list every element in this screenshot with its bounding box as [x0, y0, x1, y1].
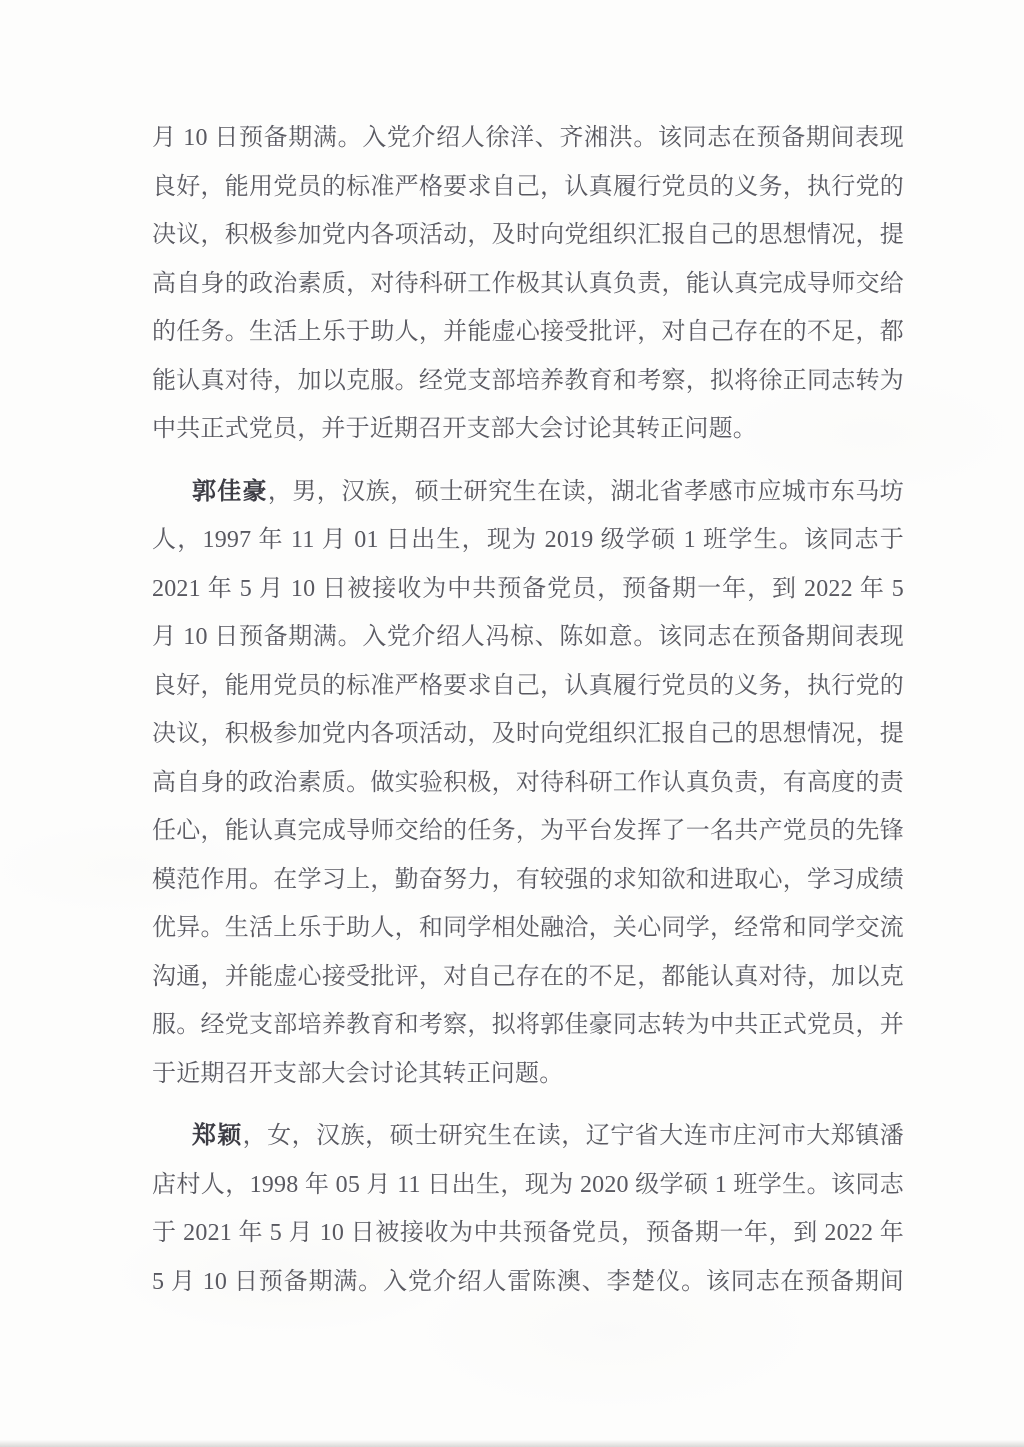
text-line: 决议，积极参加党内各项活动，及时向党组织汇报自己的思想情况，提	[152, 211, 904, 260]
text-line: 的任务。生活上乐于助人，并能虚心接受批评，对自己存在的不足，都	[152, 308, 904, 357]
member-name: 郑颖	[192, 1123, 243, 1149]
text-line: 任心，能认真完成导师交给的任务，为平台发挥了一名共产党员的先锋	[152, 807, 904, 856]
text-line: 月 10 日预备期满。入党介绍人徐洋、齐湘洪。该同志在预备期间表现	[152, 114, 904, 163]
text-line: 2021 年 5 月 10 日被接收为中共预备党员，预备期一年，到 2022 年…	[152, 565, 904, 614]
document-text-block: 月 10 日预备期满。入党介绍人徐洋、齐湘洪。该同志在预备期间表现 良好，能用党…	[152, 114, 904, 1306]
scan-edge-shadow	[0, 1440, 1024, 1447]
text-line: 月 10 日预备期满。入党介绍人冯椋、陈如意。该同志在预备期间表现	[152, 613, 904, 662]
text-line: 5 月 10 日预备期满。入党介绍人雷陈澳、李楚仪。该同志在预备期间	[152, 1258, 904, 1307]
text-line: 郭佳豪，男，汉族，硕士研究生在读，湖北省孝感市应城市东马坊	[152, 468, 904, 517]
text-line: 服。经党支部培养教育和考察，拟将郭佳豪同志转为中共正式党员，并	[152, 1001, 904, 1050]
text-line: 模范作用。在学习上，勤奋努力，有较强的求知欲和进取心，学习成绩	[152, 856, 904, 905]
text-line: 高自身的政治素质，对待科研工作极其认真负责，能认真完成导师交给	[152, 260, 904, 309]
text-line: 沟通，并能虚心接受批评，对自己存在的不足，都能认真对待，加以克	[152, 953, 904, 1002]
member-name: 郭佳豪	[192, 479, 268, 505]
text-line: 人，1997 年 11 月 01 日出生，现为 2019 级学硕 1 班学生。该…	[152, 516, 904, 565]
text-line: 中共正式党员，并于近期召开支部大会讨论其转正问题。	[152, 405, 904, 454]
text-line: 能认真对待，加以克服。经党支部培养教育和考察，拟将徐正同志转为	[152, 357, 904, 406]
text-line: 于近期召开支部大会讨论其转正问题。	[152, 1050, 904, 1099]
paragraph-guojiahao: 郭佳豪，男，汉族，硕士研究生在读，湖北省孝感市应城市东马坊 人，1997 年 1…	[152, 468, 904, 1099]
text-line: 优异。生活上乐于助人，和同学相处融洽，关心同学，经常和同学交流	[152, 904, 904, 953]
text-line: 于 2021 年 5 月 10 日被接收为中共预备党员，预备期一年，到 2022…	[152, 1209, 904, 1258]
text-line-rest: ，男，汉族，硕士研究生在读，湖北省孝感市应城市东马坊	[268, 479, 904, 505]
text-line-rest: ，女，汉族，硕士研究生在读，辽宁省大连市庄河市大郑镇潘	[243, 1123, 904, 1149]
document-page: 月 10 日预备期满。入党介绍人徐洋、齐湘洪。该同志在预备期间表现 良好，能用党…	[0, 0, 1024, 1447]
text-line: 决议，积极参加党内各项活动，及时向党组织汇报自己的思想情况，提	[152, 710, 904, 759]
text-line: 良好，能用党员的标准严格要求自己，认真履行党员的义务，执行党的	[152, 163, 904, 212]
text-line: 高自身的政治素质。做实验积极，对待科研工作认真负责，有高度的责	[152, 759, 904, 808]
paragraph-zhengying: 郑颖，女，汉族，硕士研究生在读，辽宁省大连市庄河市大郑镇潘 店村人，1998 年…	[152, 1112, 904, 1306]
text-line: 郑颖，女，汉族，硕士研究生在读，辽宁省大连市庄河市大郑镇潘	[152, 1112, 904, 1161]
paragraph-xuzheng: 月 10 日预备期满。入党介绍人徐洋、齐湘洪。该同志在预备期间表现 良好，能用党…	[152, 114, 904, 454]
text-line: 店村人，1998 年 05 月 11 日出生，现为 2020 级学硕 1 班学生…	[152, 1161, 904, 1210]
text-line: 良好，能用党员的标准严格要求自己，认真履行党员的义务，执行党的	[152, 662, 904, 711]
